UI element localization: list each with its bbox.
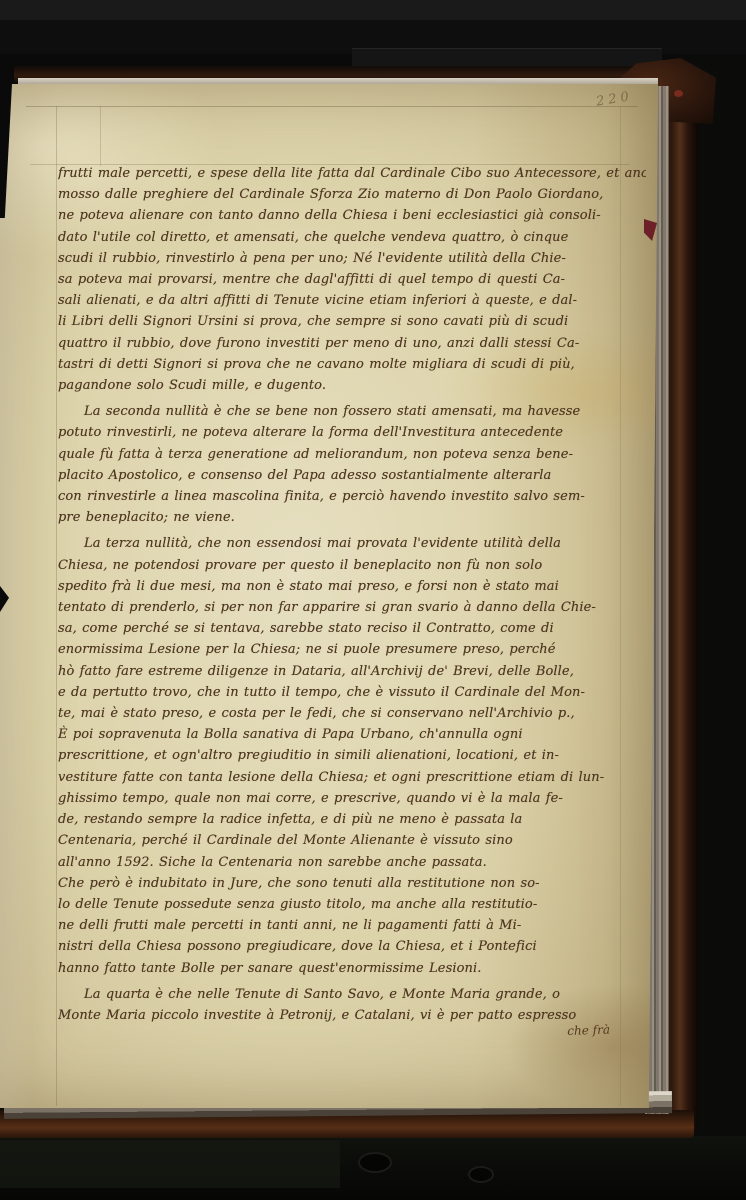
manuscript-line: spedito frà li due mesi, ma non è stato …	[58, 576, 646, 597]
manuscript-line: Chiesa, ne potendosi provare per questo …	[58, 555, 646, 576]
manuscript-line: frutti male percetti, e spese della lite…	[58, 163, 646, 184]
manuscript-paragraph: La seconda nullità è che se bene non fos…	[58, 401, 646, 528]
manuscript-line: ne delli frutti male percetti in tanti a…	[58, 915, 646, 936]
manuscript-line: pagandone solo Scudi mille, e dugento.	[58, 375, 646, 396]
manuscript-line: vestiture fatte con tanta lesione della …	[58, 767, 646, 788]
manuscript-line: e da pertutto trovo, che in tutto il tem…	[58, 682, 646, 703]
manuscript-line: te, mai è stato preso, e costa per le fe…	[58, 703, 646, 724]
manuscript-line: È poi sopravenuta la Bolla sanativa di P…	[58, 724, 646, 745]
manuscript-line: prescrittione, et ogn'altro pregiuditio …	[58, 745, 646, 766]
manuscript-line: sali alienati, e da altri affitti di Ten…	[58, 290, 646, 311]
ruled-margin-line-left-inner	[100, 106, 101, 166]
manuscript-line: nistri della Chiesa possono pregiudicare…	[58, 936, 646, 957]
ruled-margin-line-left	[56, 106, 57, 1106]
manuscript-line: hò fatto fare estreme diligenze in Datar…	[58, 661, 646, 682]
leather-wear-mark	[674, 90, 683, 97]
manuscript-line: tastri di detti Signori si prova che ne …	[58, 354, 646, 375]
manuscript-line: sa poteva mai provarsi, mentre che dagl'…	[58, 269, 646, 290]
manuscript-line: potuto rinvestirli, ne poteva alterare l…	[58, 422, 646, 443]
manuscript-line: all'anno 1592. Siche la Centenaria non s…	[58, 852, 646, 873]
manuscript-line: lo delle Tenute possedute senza giusto t…	[58, 894, 646, 915]
manuscript-page: 220 frutti male percetti, e spese della …	[0, 84, 658, 1108]
cradle-hinge-icon	[358, 1152, 392, 1173]
manuscript-line: hanno fatto tante Bolle per sanare quest…	[58, 958, 646, 979]
manuscript-line: sa, come perché se si tentava, sarebbe s…	[58, 618, 646, 639]
ruled-margin-line-top	[26, 106, 638, 107]
manuscript-line: Monte Maria piccolo investite à Petronij…	[58, 1005, 646, 1026]
manuscript-line: mosso dalle preghiere del Cardinale Sfor…	[58, 184, 646, 205]
manuscript-line: La terza nullità, che non essendosi mai …	[58, 533, 646, 554]
manuscript-line: ne poteva alienare con tanto danno della…	[58, 205, 646, 226]
background-table-band	[0, 1140, 340, 1188]
manuscript-line: pre beneplacito; ne viene.	[58, 507, 646, 528]
manuscript-text: frutti male percetti, e spese della lite…	[58, 163, 646, 1026]
manuscript-line: Centenaria, perché il Cardinale del Mont…	[58, 830, 646, 851]
manuscript-line: scudi il rubbio, rinvestirlo à pena per …	[58, 248, 646, 269]
manuscript-line: de, restando sempre la radice infetta, e…	[58, 809, 646, 830]
background-band-top	[0, 0, 746, 20]
manuscript-line: quattro il rubbio, dove furono investiti…	[58, 333, 646, 354]
manuscript-line: Che però è indubitato in Jure, che sono …	[58, 873, 646, 894]
cradle-hinge-icon	[468, 1166, 494, 1183]
manuscript-line: ghissimo tempo, quale non mai corre, e p…	[58, 788, 646, 809]
manuscript-line: tentato di prenderlo, si per non far app…	[58, 597, 646, 618]
manuscript-paragraph: frutti male percetti, e spese della lite…	[58, 163, 646, 396]
manuscript-paragraph: La quarta è che nelle Tenute di Santo Sa…	[58, 984, 646, 1026]
manuscript-line: quale fù fatta à terza generatione ad me…	[58, 444, 646, 465]
manuscript-paragraph: La terza nullità, che non essendosi mai …	[58, 533, 646, 978]
manuscript-line: enormissima Lesione per la Chiesa; ne si…	[58, 639, 646, 660]
manuscript-line: La seconda nullità è che se bene non fos…	[58, 401, 646, 422]
manuscript-line: La quarta è che nelle Tenute di Santo Sa…	[58, 984, 646, 1005]
manuscript-line: placito Apostolico, e consenso del Papa …	[58, 465, 646, 486]
manuscript-photo: 220 frutti male percetti, e spese della …	[0, 0, 746, 1200]
manuscript-line: dato l'utile col diretto, et amensati, c…	[58, 227, 646, 248]
manuscript-line: li Libri delli Signori Ursini si prova, …	[58, 311, 646, 332]
manuscript-line: con rinvestirle a linea mascolina finita…	[58, 486, 646, 507]
